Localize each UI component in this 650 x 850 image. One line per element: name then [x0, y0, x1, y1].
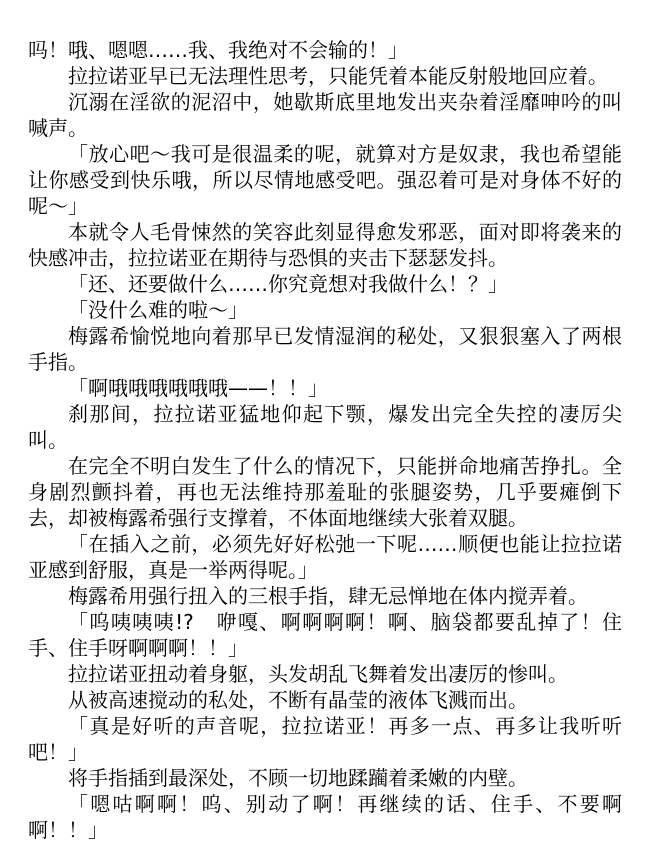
paragraph: 「嗯咕啊啊！呜、别动了啊！再继续的话、住手、不要啊啊！！」	[28, 791, 622, 843]
paragraph: 「在插入之前，必须先好好松弛一下呢……顺便也能让拉拉诺亚感到舒服，真是一举两得呢…	[28, 531, 622, 583]
paragraph: 「没什么难的啦～」	[28, 297, 622, 323]
paragraph: 「呜咦咦咦!? 咿嘎、啊啊啊啊！啊、脑袋都要乱掉了！住手、住手呀啊啊啊！！」	[28, 609, 622, 661]
paragraph: 拉拉诺亚扭动着身躯，头发胡乱飞舞着发出凄厉的惨叫。	[28, 661, 622, 687]
paragraph: 刹那间，拉拉诺亚猛地仰起下颚，爆发出完全失控的凄厉尖叫。	[28, 401, 622, 453]
paragraph: 吗！哦、嗯嗯……我、我绝对不会输的！」	[28, 37, 622, 63]
paragraph: 「真是好听的声音呢，拉拉诺亚！再多一点、再多让我听听吧！」	[28, 713, 622, 765]
paragraph: 梅露希愉悦地向着那早已发情湿润的秘处，又狠狠塞入了两根手指。	[28, 323, 622, 375]
paragraph: 从被高速搅动的私处，不断有晶莹的液体飞溅而出。	[28, 687, 622, 713]
paragraph: 本就令人毛骨悚然的笑容此刻显得愈发邪恶，面对即将袭来的快感冲击，拉拉诺亚在期待与…	[28, 219, 622, 271]
paragraph: 在完全不明白发生了什么的情况下，只能拼命地痛苦挣扎。全身剧烈颤抖着，再也无法维持…	[28, 453, 622, 531]
paragraph: 「还、还要做什么……你究竟想对我做什么！？」	[28, 271, 622, 297]
paragraph: 沉溺在淫欲的泥沼中，她歇斯底里地发出夹杂着淫靡呻吟的叫喊声。	[28, 89, 622, 141]
paragraph: 梅露希用强行扭入的三根手指，肆无忌惮地在体内搅弄着。	[28, 583, 622, 609]
paragraph: 将手指插到最深处，不顾一切地蹂躏着柔嫩的内壁。	[28, 765, 622, 791]
paragraph: 拉拉诺亚早已无法理性思考，只能凭着本能反射般地回应着。	[28, 63, 622, 89]
paragraph: 「啊哦哦哦哦哦哦——！！」	[28, 375, 622, 401]
page-text: 吗！哦、嗯嗯……我、我绝对不会输的！」拉拉诺亚早已无法理性思考，只能凭着本能反射…	[28, 37, 622, 843]
paragraph: 「放心吧～我可是很温柔的呢，就算对方是奴隶，我也希望能让你感受到快乐哦，所以尽情…	[28, 141, 622, 219]
novel-page: 吗！哦、嗯嗯……我、我绝对不会输的！」拉拉诺亚早已无法理性思考，只能凭着本能反射…	[0, 0, 650, 850]
